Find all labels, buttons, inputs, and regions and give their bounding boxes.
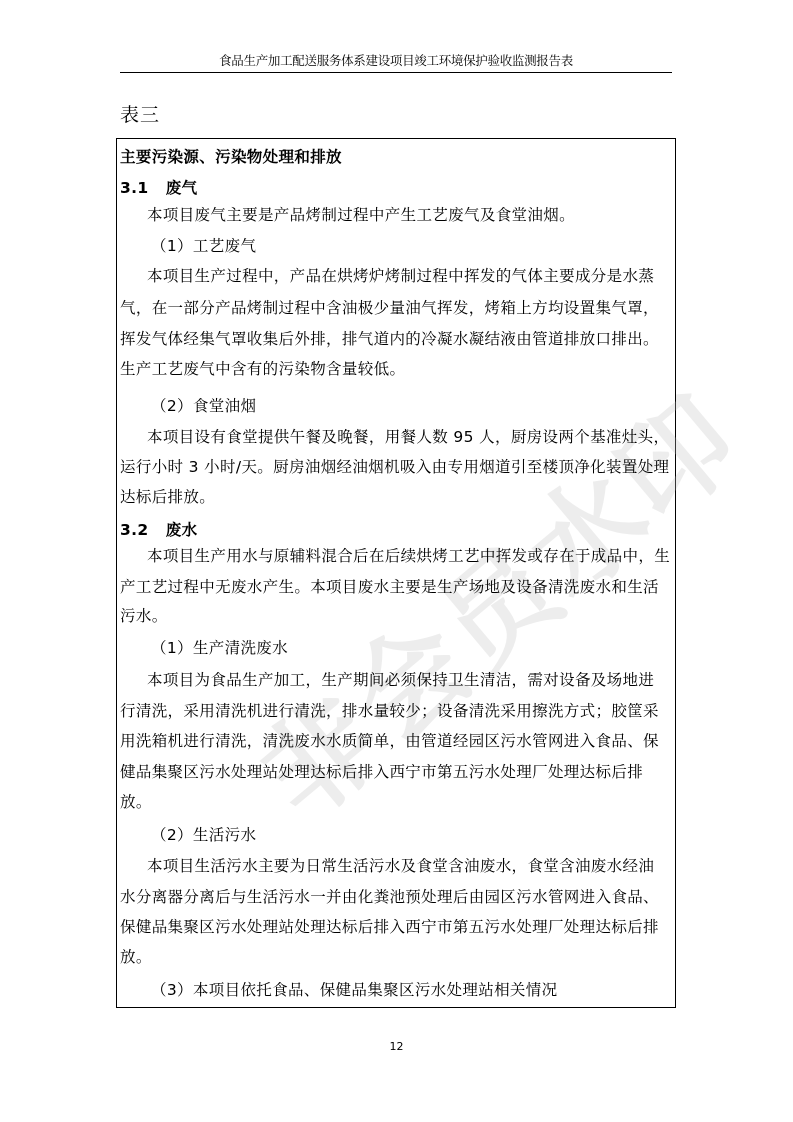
subheading-canteen-fumes: （2）食堂油烟 <box>151 396 256 416</box>
paragraph-line: 本项目生产过程中，产品在烘烤炉烤制过程中挥发的气体主要成分是水蒸 <box>147 266 654 286</box>
paragraph-line: 本项目生活污水主要为日常生活污水及食堂含油废水，食堂含油废水经油 <box>147 856 654 876</box>
paragraph-line: 行清洗，采用清洗机进行清洗，排水量较少；设备清洗采用擦洗方式；胶筐采 <box>120 701 659 721</box>
paragraph-line: 健品集聚区污水处理站处理达标后排入西宁市第五污水处理厂处理达标后排 <box>120 762 643 782</box>
paragraph-line: 水分离器分离后与生活污水一并由化粪池预处理后由园区污水管网进入食品、 <box>120 887 659 907</box>
section-title: 主要污染源、污染物处理和排放 <box>120 147 342 167</box>
paragraph-line: 本项目设有食堂提供午餐及晚餐，用餐人数 95 人，厨房设两个基准灶头， <box>147 427 669 447</box>
subheading-production-wastewater: （1）生产清洗废水 <box>151 638 288 658</box>
paragraph-line: 产工艺过程中无废水产生。本项目废水主要是生产场地及设备清洗废水和生活 <box>120 577 659 597</box>
paragraph-line: 用洗箱机进行清洗，清洗废水水质简单，由管道经园区污水管网进入食品、保 <box>120 731 659 751</box>
table-label: 表三 <box>120 103 160 127</box>
page-number: 12 <box>0 1040 793 1054</box>
paragraph-line: 气，在一部分产品烤制过程中含油极少量油气挥发，烤箱上方均设置集气罩， <box>120 298 659 318</box>
paragraph-line: 本项目为食品生产加工，生产期间必须保持卫生清洁，需对设备及场地进 <box>147 670 654 690</box>
paragraph-line: 本项目生产用水与原辅料混合后在后续烘烤工艺中挥发或存在于成品中，生 <box>147 546 670 566</box>
running-header: 食品生产加工配送服务体系建设项目竣工环境保护验收监测报告表 <box>120 53 672 69</box>
heading-3-2: 3.2 废水 <box>120 520 197 540</box>
heading-3-1-number: 3.1 <box>120 179 149 197</box>
paragraph-3-1-intro: 本项目废气主要是产品烤制过程中产生工艺废气及食堂油烟。 <box>147 205 575 225</box>
paragraph-line: 挥发气体经集气罩收集后外排，排气道内的冷凝水凝结液由管道排放口排出。 <box>120 329 659 349</box>
paragraph-line: 达标后排放。 <box>120 487 215 507</box>
subheading-domestic-sewage: （2）生活污水 <box>151 825 256 845</box>
paragraph-line: 运行小时 3 小时/天。厨房油烟经油烟机吸入由专用烟道引至楼顶净化装置处理 <box>120 457 669 477</box>
heading-3-1-text: 废气 <box>166 179 198 197</box>
paragraph-line: 生产工艺废气中含有的污染物含量较低。 <box>120 359 405 379</box>
paragraph-line: 放。 <box>120 792 152 812</box>
paragraph-line: 污水。 <box>120 606 168 626</box>
paragraph-line: 放。 <box>120 947 152 967</box>
heading-3-2-number: 3.2 <box>120 521 149 539</box>
subheading-treatment-station: （3）本项目依托食品、保健品集聚区污水处理站相关情况 <box>151 980 557 1000</box>
header-rule <box>120 72 672 73</box>
heading-3-2-text: 废水 <box>166 521 198 539</box>
subheading-process-gas: （1）工艺废气 <box>151 236 256 256</box>
paragraph-line: 保健品集聚区污水处理站处理达标后排入西宁市第五污水处理厂处理达标后排 <box>120 917 659 937</box>
heading-3-1: 3.1 废气 <box>120 178 197 198</box>
